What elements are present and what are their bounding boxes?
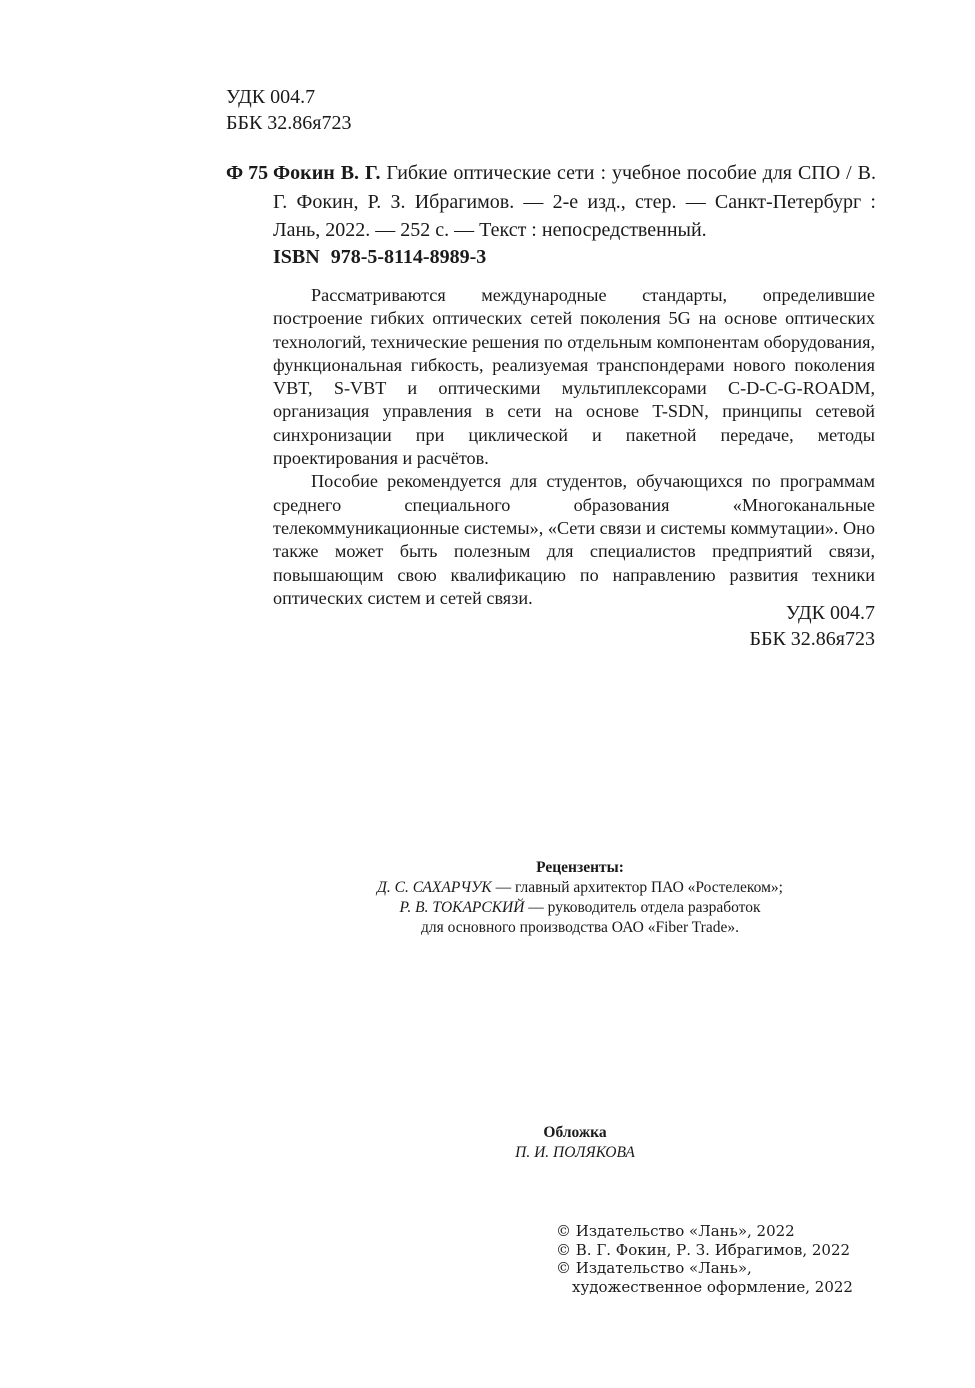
abstract: Рассматриваются международные стандарты,…: [273, 284, 875, 610]
udk-code: УДК 004.7: [749, 600, 875, 626]
reviewer-role: — руководитель отдела разработок: [524, 899, 760, 916]
reviewer-role: — главный архитектор ПАО «Ростелеком»;: [492, 879, 783, 896]
classification-bottom: УДК 004.7 ББК 32.86я723: [749, 600, 875, 652]
abstract-paragraph: Пособие рекомендуется для студентов, обу…: [273, 470, 875, 610]
catalog-entry: Ф 75 Фокин В. Г. Гибкие оптические сети …: [226, 159, 876, 245]
bbk-code: ББК 32.86я723: [226, 110, 352, 136]
cover-heading: Обложка: [430, 1123, 720, 1143]
cover-credit: Обложка П. И. ПОЛЯКОВА: [430, 1123, 720, 1163]
reviewer-role-continuation: для основного производства ОАО «Fiber Tr…: [300, 918, 860, 938]
reviewers-block: Рецензенты: Д. С. САХАРЧУК — главный арх…: [300, 858, 860, 938]
udk-code: УДК 004.7: [226, 84, 352, 110]
copyright-line: © В. Г. Фокин, Р. З. Ибрагимов, 2022: [556, 1241, 853, 1260]
cover-designer: П. И. ПОЛЯКОВА: [430, 1143, 720, 1163]
copyright-block: © Издательство «Лань», 2022 © В. Г. Фоки…: [556, 1222, 853, 1296]
reviewers-heading: Рецензенты:: [300, 858, 860, 878]
copyright-line-continuation: художественное оформление, 2022: [556, 1278, 853, 1297]
reviewer-item: Д. С. САХАРЧУК — главный архитектор ПАО …: [300, 878, 860, 898]
copyright-line: © Издательство «Лань», 2022: [556, 1222, 853, 1241]
abstract-paragraph: Рассматриваются международные стандарты,…: [273, 284, 875, 470]
bbk-code: ББК 32.86я723: [749, 626, 875, 652]
bibliographic-description: Фокин В. Г. Гибкие оптические сети : уче…: [273, 159, 876, 245]
author-mark: Ф 75: [226, 159, 268, 188]
classification-top: УДК 004.7 ББК 32.86я723: [226, 84, 352, 136]
reviewer-name: Д. С. САХАРЧУК: [377, 879, 492, 896]
reviewer-name: Р. В. ТОКАРСКИЙ: [399, 899, 524, 916]
isbn: ISBN 978-5-8114-8989-3: [273, 246, 486, 269]
author-name: Фокин В. Г.: [273, 162, 380, 184]
copyright-line: © Издательство «Лань»,: [556, 1259, 853, 1278]
reviewer-item: Р. В. ТОКАРСКИЙ — руководитель отдела ра…: [300, 898, 860, 918]
